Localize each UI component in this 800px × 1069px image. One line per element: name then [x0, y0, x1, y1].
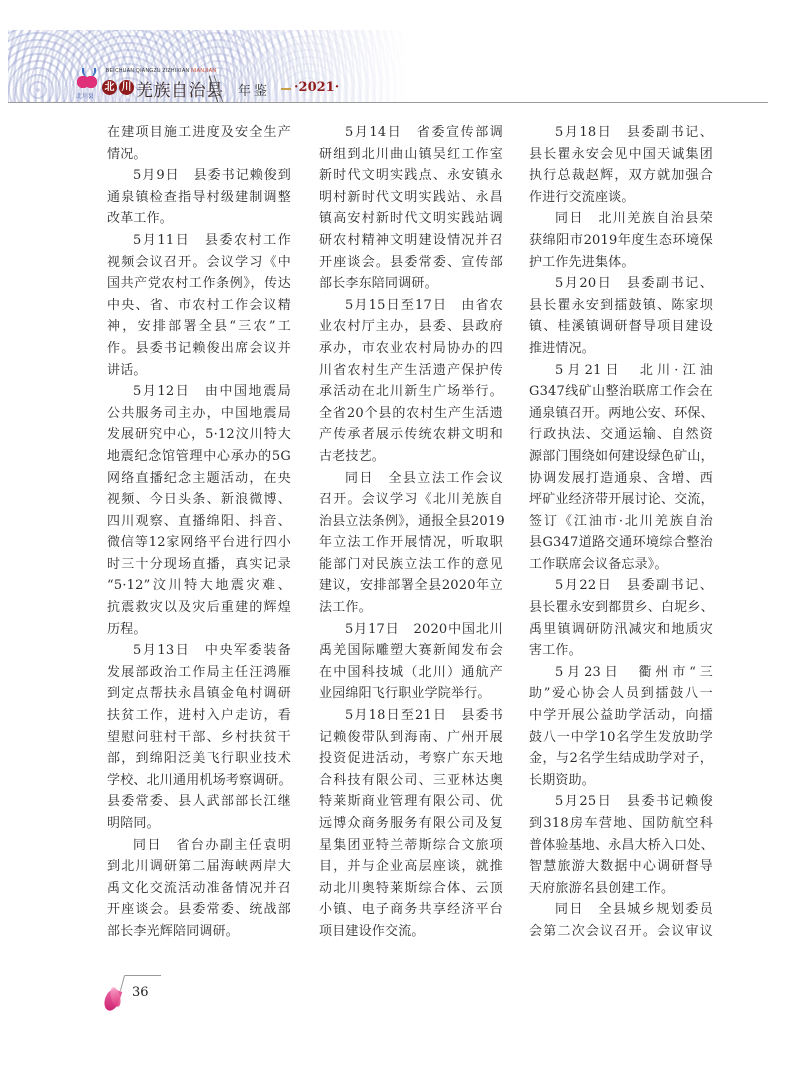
text-line: 县委常委、县人武部部长江继 [107, 791, 291, 813]
text-line: 签订《江油市·北川羌族自治 [529, 511, 713, 533]
paragraph-start-line: 5月14日 省委宣传部调 [319, 122, 503, 144]
text-line: 执行总裁赵辉，双方就加强合 [529, 165, 713, 187]
paragraph-start-line: 5月21日 北川·江油 [529, 360, 713, 382]
seal-char-1: 北 [102, 80, 117, 95]
text-line: 情况。 [107, 144, 291, 166]
paragraph-start-line: 5月12日 由中国地震局 [107, 381, 291, 403]
seal-char-2: 川 [119, 80, 134, 95]
text-line: G347线矿山整治联席工作会在 [529, 381, 713, 403]
text-line: 行政执法、交通运输、自然资 [529, 424, 713, 446]
paragraph-start-line: 5月17日 2020中国北川 [319, 619, 503, 641]
text-line: 历程。 [107, 619, 291, 641]
flower-emblem-icon [105, 985, 125, 1015]
text-line: 到北川调研第二届海峡两岸大 [107, 856, 291, 878]
text-column-1: 在建项目施工进度及安全生产情况。5月9日 县委书记赖俊到通泉镇检查指导村级建制调… [107, 122, 291, 943]
text-line: 法工作。 [319, 597, 503, 619]
text-line: 改革工作。 [107, 208, 291, 230]
text-line: 研农村精神文明建设情况并召 [319, 230, 503, 252]
text-column-2: 5月14日 省委宣传部调研组到北川曲山镇吴红工作室新时代文明实践点、永安镇永明村… [319, 122, 503, 943]
paragraph-start-line: 5月9日 县委书记赖俊到 [107, 165, 291, 187]
text-line: 到定点帮扶永昌镇金龟村调研 [107, 683, 291, 705]
yearbook-title: 年鉴 [238, 80, 270, 99]
text-line: “5·12”汶川特大地震灾难、 [107, 575, 291, 597]
logo-name: 北川县 [76, 91, 94, 100]
yearbook-year: ·2021· [294, 80, 339, 95]
text-line: 害工作。 [529, 640, 713, 662]
text-line: 获绵阳市2019年度生态环境保 [529, 230, 713, 252]
text-line: 县长瞿永安会见中国天诚集团 [529, 144, 713, 166]
text-line: 新时代文明实践点、永安镇永 [319, 165, 503, 187]
text-line: 项目建设作交流。 [319, 921, 503, 943]
text-line: 发展部政治工作局主任汪鸿雁 [107, 662, 291, 684]
text-line: 小镇、电子商务共享经济平台 [319, 899, 503, 921]
paragraph-start-line: 5月13日 中央军委装备 [107, 640, 291, 662]
paragraph-start-line: 5月25日 县委书记赖俊 [529, 791, 713, 813]
pinyin-highlight: NIANJIAN [191, 68, 216, 74]
text-line: 在建项目施工进度及安全生产 [107, 122, 291, 144]
text-line: 承办，市农业农村局协办的四 [319, 338, 503, 360]
text-line: 到318房车营地、国防航空科 [529, 813, 713, 835]
text-line: 网络直播纪念主题活动，在央 [107, 468, 291, 490]
text-line: 开座谈会。县委常委、宣传部 [319, 252, 503, 274]
text-line: 长期资助。 [529, 770, 713, 792]
text-line: 星集团亚特兰蒂斯综合文旅项 [319, 835, 503, 857]
text-line: 发展研究中心，5·12汶川特大 [107, 424, 291, 446]
header-pinyin: BEICHUAN QIANGZU ZIZHIXIAN NIANJIAN [106, 68, 216, 74]
text-line: 坪矿业经济带开展讨论、交流， [529, 489, 713, 511]
text-line: 金，与2名学生结成助学对子， [529, 748, 713, 770]
text-line: 普体验基地、永昌大桥入口处、 [529, 835, 713, 857]
text-line: 古老技艺。 [319, 446, 503, 468]
text-line: 业园绵阳飞行职业学院举行。 [319, 683, 503, 705]
text-line: 治县立法条例》，通报全县2019 [319, 511, 503, 533]
text-line: 远博众商务服务有限公司及复 [319, 813, 503, 835]
footer-rule [125, 975, 161, 976]
text-line: 县长瞿永安到都贯乡、白坭乡、 [529, 597, 713, 619]
text-line: 明村新时代文明实践站、永昌 [319, 187, 503, 209]
paragraph-start-line: 5月20日 县委副书记、 [529, 273, 713, 295]
text-line: 神，安排部署全县“三农”工 [107, 316, 291, 338]
text-line: 会第二次会议召开。会议审议 [529, 921, 713, 943]
text-line: 公共服务司主办，中国地震局 [107, 403, 291, 425]
paragraph-start-line: 同日 全县城乡规划委员 [529, 899, 713, 921]
text-line: 产传承者展示传统农耕文明和 [319, 424, 503, 446]
text-line: 建议，安排部署全县2020年立 [319, 575, 503, 597]
text-line: 鼓八一中学10名学生发放助学 [529, 727, 713, 749]
paragraph-start-line: 同日 北川羌族自治县荣 [529, 208, 713, 230]
text-line: 协调发展打造通泉、含增、西 [529, 468, 713, 490]
page-number: 36 [132, 985, 149, 1000]
text-line: 能部门对民族立法工作的意见 [319, 554, 503, 576]
text-line: 护工作先进集体。 [529, 252, 713, 274]
text-line: 县长瞿永安到擂鼓镇、陈家坝 [529, 295, 713, 317]
text-line: 源部门围绕如何建设绿色矿山， [529, 446, 713, 468]
text-line: 禹羌国际雕塑大赛新闻发布会 [319, 640, 503, 662]
text-line: 禹文化交流活动准备情况并召 [107, 878, 291, 900]
text-line: 推进情况。 [529, 338, 713, 360]
text-line: 合科技有限公司、三亚林达奥 [319, 770, 503, 792]
text-line: 目，并与企业高层座谈，就推 [319, 856, 503, 878]
text-line: 记赖俊带队到海南、广州开展 [319, 727, 503, 749]
text-line: 部长李光辉陪同调研。 [107, 921, 291, 943]
text-line: 镇高安村新时代文明实践站调 [319, 208, 503, 230]
paragraph-start-line: 5月15日至17日 由省农 [319, 295, 503, 317]
text-line: 县G347道路交通环境综合整治 [529, 532, 713, 554]
paragraph-start-line: 5月23日 衢州市“三 [529, 662, 713, 684]
paragraph-start-line: 5月18日 县委副书记、 [529, 122, 713, 144]
text-line: 抗震救灾以及灾后重建的辉煌 [107, 597, 291, 619]
text-line: 承活动在北川新生广场举行。 [319, 381, 503, 403]
text-line: 天府旅游名县创建工作。 [529, 878, 713, 900]
paragraph-start-line: 同日 全县立法工作会议 [319, 468, 503, 490]
text-line: 禹里镇调研防汛减灾和地质灾 [529, 619, 713, 641]
text-line: 智慧旅游大数据中心调研督导 [529, 856, 713, 878]
text-line: 明陪同。 [107, 813, 291, 835]
text-line: 部长李东陪同调研。 [319, 273, 503, 295]
header-dash [281, 88, 291, 90]
text-line: 投资促进活动，考察广东天地 [319, 748, 503, 770]
text-line: 召开。会议学习《北川羌族自 [319, 489, 503, 511]
text-line: 研组到北川曲山镇吴红工作室 [319, 144, 503, 166]
text-line: 微信等12家网络平台进行四小 [107, 532, 291, 554]
text-line: 全省20个县的农村生产生活遗 [319, 403, 503, 425]
text-line: 业农村厅主办，县委、县政府 [319, 316, 503, 338]
pinyin-text: BEICHUAN QIANGZU ZIZHIXIAN [106, 68, 189, 74]
paragraph-start-line: 5月22日 县委副书记、 [529, 575, 713, 597]
header-rule [8, 102, 768, 103]
text-line: 国共产党农村工作条例》，传达 [107, 273, 291, 295]
text-line: 工作联席会议备忘录》。 [529, 554, 713, 576]
text-line: 川省农村生产生活遗产保护传 [319, 360, 503, 382]
text-line: 中学开展公益助学活动，向擂 [529, 705, 713, 727]
text-line: 中央、省、市农村工作会议精 [107, 295, 291, 317]
text-line: 望慰问驻村干部、乡村扶贫干 [107, 727, 291, 749]
text-line: 学校、北川通用机场考察调研。 [107, 770, 291, 792]
text-line: 作。县委书记赖俊出席会议并 [107, 338, 291, 360]
text-line: 四川观察、直播绵阳、抖音、 [107, 511, 291, 533]
text-line: 视频、今日头条、新浪微博、 [107, 489, 291, 511]
paragraph-start-line: 同日 省台办副主任袁明 [107, 835, 291, 857]
text-line: 开座谈会。县委常委、统战部 [107, 899, 291, 921]
text-line: 通泉镇检查指导村级建制调整 [107, 187, 291, 209]
paragraph-start-line: 5月11日 县委农村工作 [107, 230, 291, 252]
text-line: 扶贫工作，进村入户走访，看 [107, 705, 291, 727]
text-line: 视频会议召开。会议学习《中 [107, 252, 291, 274]
paragraph-start-line: 5月18日至21日 县委书 [319, 705, 503, 727]
text-line: 讲话。 [107, 360, 291, 382]
text-line: 部，到绵阳泛美飞行职业技术 [107, 748, 291, 770]
text-line: 地震纪念馆管理中心承办的5G [107, 446, 291, 468]
text-line: 在中国科技城（北川）通航产 [319, 662, 503, 684]
text-line: 通泉镇召开。两地公安、环保、 [529, 403, 713, 425]
text-line: 时三十分现场直播，真实记录 [107, 554, 291, 576]
text-column-3: 5月18日 县委副书记、县长瞿永安会见中国天诚集团执行总裁赵辉，双方就加强合作进… [529, 122, 713, 943]
text-line: 作进行交流座谈。 [529, 187, 713, 209]
text-line: 年立法工作开展情况，听取职 [319, 532, 503, 554]
text-line: 动北川奥特莱斯综合体、云顶 [319, 878, 503, 900]
text-line: 助”爱心协会人员到擂鼓八一 [529, 683, 713, 705]
text-line: 镇、桂溪镇调研督导项目建设 [529, 316, 713, 338]
text-line: 特莱斯商业管理有限公司、优 [319, 791, 503, 813]
